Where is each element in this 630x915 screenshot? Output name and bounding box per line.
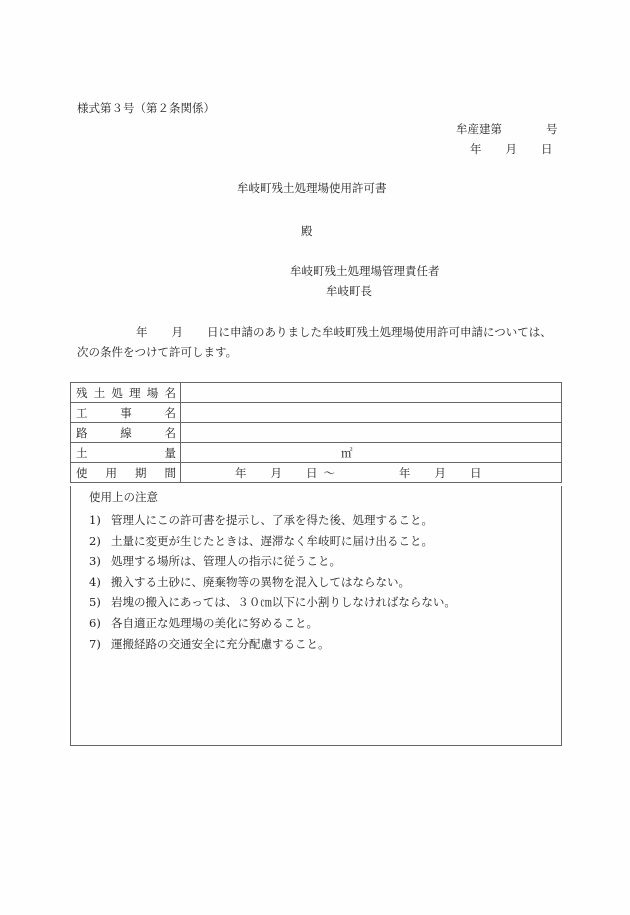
issuer-title: 牟岐町残土処理場管理責任者 bbox=[290, 263, 440, 279]
reference-prefix: 牟産建第 bbox=[456, 122, 502, 136]
table-row-usage-period: 使 用 期 間 年月日～年月日 bbox=[71, 463, 562, 483]
list-item: 3)処理する場所は、管理人の指示に従うこと。 bbox=[89, 551, 456, 572]
list-item: 6)各自適正な処理場の美化に努めること。 bbox=[89, 613, 456, 634]
table-row-project-name: 工 事 名 bbox=[71, 403, 562, 423]
value-route-name[interactable] bbox=[181, 423, 562, 443]
body-year: 年 bbox=[136, 325, 148, 339]
value-disposal-site[interactable] bbox=[181, 383, 562, 403]
label-soil-volume: 土 量 bbox=[71, 443, 181, 463]
issue-date: 年月日 bbox=[470, 141, 553, 157]
reference-suffix: 号 bbox=[546, 122, 558, 136]
table-row-soil-volume: 土 量 ㎡ bbox=[71, 443, 562, 463]
value-soil-volume[interactable]: ㎡ bbox=[181, 443, 562, 463]
permit-info-table: 残 土 処 理 場 名 工 事 名 路 線 名 bbox=[70, 382, 562, 483]
list-item: 5)岩塊の搬入にあっては、３０㎝以下に小割りしなければならない。 bbox=[89, 592, 456, 613]
label-usage-period: 使 用 期 間 bbox=[71, 463, 181, 483]
body-line-1: 年月日に申請のありました牟岐町残土処理場使用許可申請については、 bbox=[136, 324, 552, 340]
list-item: 7)運搬経路の交通安全に充分配慮すること。 bbox=[89, 634, 456, 655]
body-month: 月 bbox=[172, 325, 184, 339]
value-project-name[interactable] bbox=[181, 403, 562, 423]
form-number: 様式第３号（第２条関係） bbox=[77, 100, 215, 116]
reference-number: 牟産建第号 bbox=[456, 121, 558, 137]
list-item: 2)土量に変更が生じたときは、遅滞なく牟岐町に届け出ること。 bbox=[89, 531, 456, 552]
notes-title: 使用上の注意 bbox=[89, 489, 158, 505]
tilde: ～ bbox=[324, 466, 336, 480]
issuer-name: 牟岐町長 bbox=[326, 283, 372, 299]
date-month: 月 bbox=[506, 141, 518, 157]
label-project-name: 工 事 名 bbox=[71, 403, 181, 423]
value-usage-period[interactable]: 年月日～年月日 bbox=[181, 463, 562, 483]
unit-square-meter: ㎡ bbox=[341, 446, 353, 460]
addressee: 殿 bbox=[301, 223, 313, 239]
document-title: 牟岐町残土処理場使用許可書 bbox=[237, 180, 387, 196]
body-text: 日に申請のありました牟岐町残土処理場使用許可申請については、 bbox=[207, 325, 552, 339]
body-line-2: 次の条件をつけて許可します。 bbox=[77, 344, 237, 360]
usage-notes-box: 使用上の注意 1)管理人にこの許可書を提示し、了承を得た後、処理すること。 2)… bbox=[70, 486, 562, 746]
list-item: 4)搬入する土砂に、廃棄物等の異物を混入してはならない。 bbox=[89, 572, 456, 593]
list-item: 1)管理人にこの許可書を提示し、了承を得た後、処理すること。 bbox=[89, 510, 456, 531]
date-day: 日 bbox=[541, 141, 553, 157]
table-row-route-name: 路 線 名 bbox=[71, 423, 562, 443]
table-row-disposal-site: 残 土 処 理 場 名 bbox=[71, 383, 562, 403]
date-year: 年 bbox=[470, 141, 482, 157]
label-route-name: 路 線 名 bbox=[71, 423, 181, 443]
label-disposal-site: 残 土 処 理 場 名 bbox=[71, 383, 181, 403]
notes-list: 1)管理人にこの許可書を提示し、了承を得た後、処理すること。 2)土量に変更が生… bbox=[89, 510, 456, 654]
